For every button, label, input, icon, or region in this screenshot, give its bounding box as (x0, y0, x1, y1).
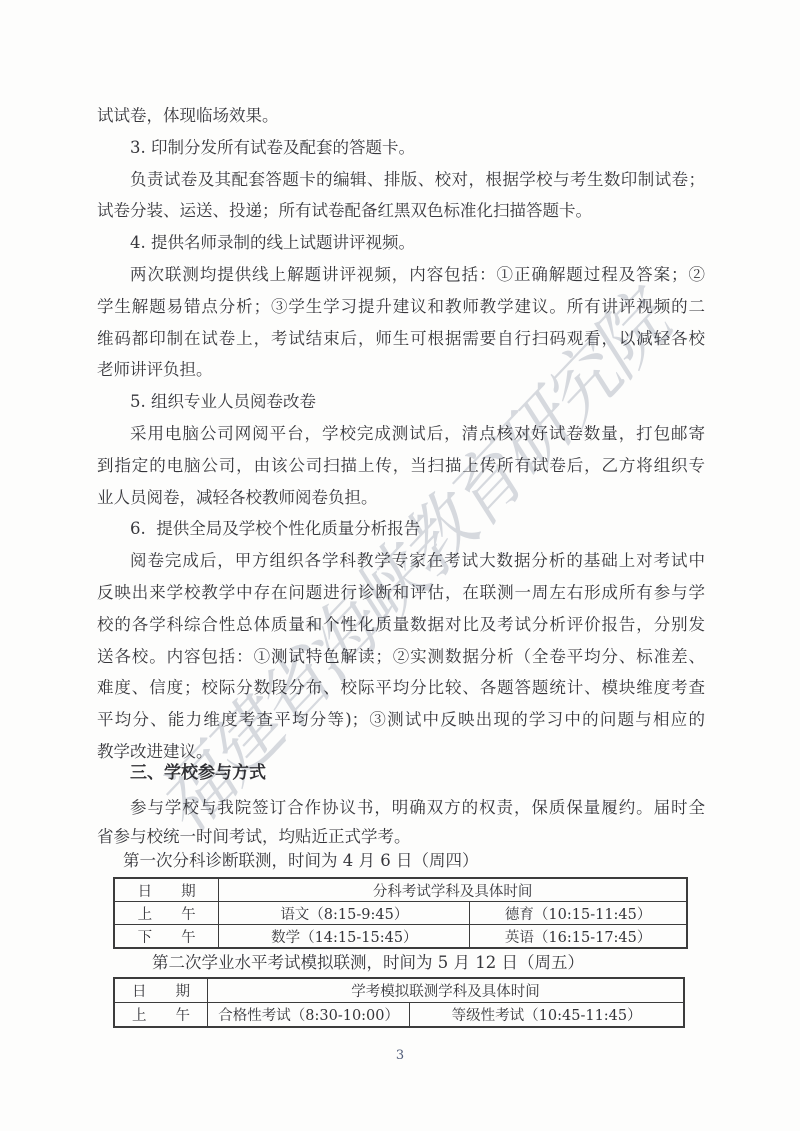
table-cell-date-label: 日 期 (114, 878, 219, 902)
body-line: 3. 印制分发所有试卷及配套的答题卡。 (97, 132, 705, 164)
body-line: 校的各学科综合性总体质量和个性化质量数据对比及考试分析评价报告，分别发 (97, 609, 705, 641)
table1-caption: 第一次分科诊断联测，时间为 4 月 6 日（周四） (97, 851, 737, 871)
body-line: 阅卷完成后，甲方组织各学科教学专家在考试大数据分析的基础上对考试中 (97, 545, 705, 577)
table-cell-subject: 合格性考试（8:30-10:00） (207, 1003, 409, 1028)
table-cell-subject: 等级性考试（10:45-11:45） (410, 1003, 684, 1028)
table-row: 上 午 语文（8:15-9:45） 德育（10:15-11:45） (114, 902, 687, 925)
table-row: 日 期 分科考试学科及具体时间 (114, 878, 687, 902)
body-line: 5. 组织专业人员阅卷改卷 (97, 386, 705, 418)
body-text-block: 试试卷，体现临场效果。 3. 印制分发所有试卷及配套的答题卡。 负责试卷及其配套… (97, 100, 705, 768)
table-cell-period: 下 午 (114, 925, 219, 949)
body-line: 送各校。内容包括：①测试特色解读；②实测数据分析（全卷平均分、标准差、 (97, 641, 705, 673)
exam-schedule-table-1: 日 期 分科考试学科及具体时间 上 午 语文（8:15-9:45） 德育（10:… (113, 877, 688, 949)
table-row: 日 期 学考模拟联测学科及具体时间 (114, 978, 684, 1003)
body-line: 平均分、能力维度考查平均分等)；③测试中反映出现的学习中的问题与相应的 (97, 704, 705, 736)
table-cell-period: 上 午 (114, 1003, 207, 1028)
table-row: 上 午 合格性考试（8:30-10:00） 等级性考试（10:45-11:45） (114, 1003, 684, 1028)
body-line: 参与学校与我院签订合作协议书，明确双方的权责，保质保量履约。届时全 (97, 794, 705, 823)
body-line: 老师讲评负担。 (97, 354, 705, 386)
body-line: 负责试卷及其配套答题卡的编辑、排版、校对，根据学校与考生数印制试卷； (97, 164, 705, 196)
body-line: 难度、信度；校际分数段分布、校际平均分比较、各题答题统计、模块维度考查 (97, 672, 705, 704)
body-line: 学生解题易错点分析；③学生学习提升建议和教师教学建议。所有讲评视频的二 (97, 291, 705, 323)
body-line: 采用电脑公司网阅平台，学校完成测试后，清点核对好试卷数量，打包邮寄 (97, 418, 705, 450)
table-cell-header: 学考模拟联测学科及具体时间 (207, 978, 684, 1003)
body-line: 省参与校统一时间考试，均贴近正式学考。 (97, 823, 705, 852)
participation-paragraph: 参与学校与我院签订合作协议书，明确双方的权责，保质保量履约。届时全 省参与校统一… (97, 794, 705, 851)
exam-schedule-table-2: 日 期 学考模拟联测学科及具体时间 上 午 合格性考试（8:30-10:00） … (113, 977, 685, 1028)
body-line: 到指定的电脑公司，由该公司扫描上传，当扫描上传所有试卷后，乙方将组织专 (97, 450, 705, 482)
page-number: 3 (0, 1048, 800, 1063)
body-line: 业人员阅卷，减轻各校教师阅卷负担。 (97, 482, 705, 514)
table-cell-period: 上 午 (114, 902, 219, 925)
table2-caption: 第二次学业水平考试模拟联测，时间为 5 月 12 日（周五） (97, 953, 737, 973)
table-cell-subject: 德育（10:15-11:45） (470, 902, 687, 925)
document-page: 福建省海峡教育研究院 试试卷，体现临场效果。 3. 印制分发所有试卷及配套的答题… (0, 0, 800, 1131)
body-line: 两次联测均提供线上解题讲评视频，内容包括：①正确解题过程及答案；② (97, 259, 705, 291)
table-cell-subject: 数学（14:15-15:45） (219, 925, 470, 949)
body-line: 试试卷，体现临场效果。 (97, 100, 705, 132)
body-line: 试卷分装、运送、投递；所有试卷配备红黑双色标准化扫描答题卡。 (97, 195, 705, 227)
table-cell-date-label: 日 期 (114, 978, 207, 1003)
table-cell-header: 分科考试学科及具体时间 (219, 878, 687, 902)
body-line: 6. 提供全局及学校个性化质量分析报告 (97, 513, 705, 545)
body-line: 4. 提供名师录制的线上试题讲评视频。 (97, 227, 705, 259)
body-line: 反映出来学校教学中存在问题进行诊断和评估，在联测一周左右形成所有参与学 (97, 577, 705, 609)
body-line: 维码都印制在试卷上，考试结束后，师生可根据需要自行扫码观看，以减轻各校 (97, 323, 705, 355)
table-row: 下 午 数学（14:15-15:45） 英语（16:15-17:45） (114, 925, 687, 949)
section-heading: 三、学校参与方式 (97, 761, 705, 785)
table-cell-subject: 语文（8:15-9:45） (219, 902, 470, 925)
table-cell-subject: 英语（16:15-17:45） (470, 925, 687, 949)
